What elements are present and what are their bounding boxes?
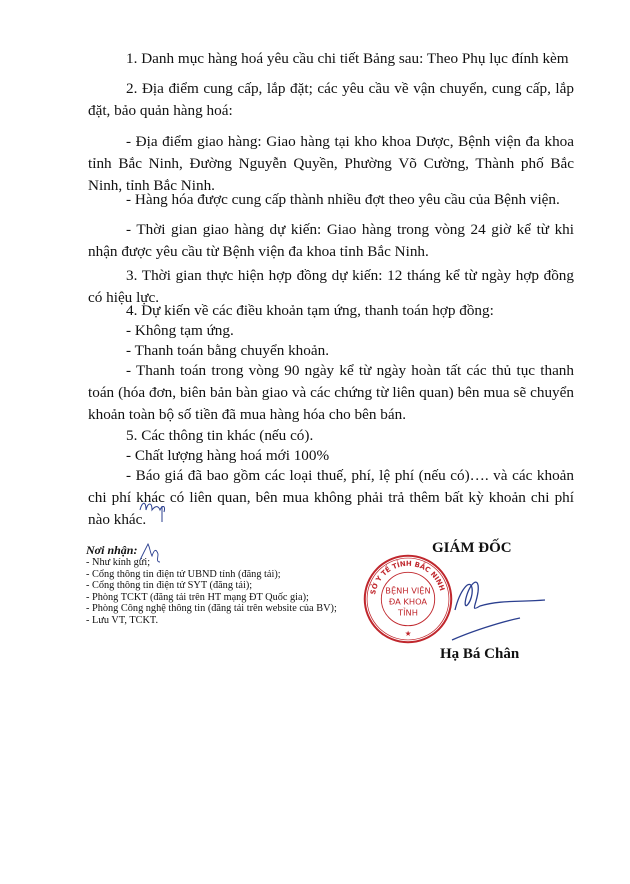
recipient-item: - Cổng thông tin điện tử SYT (đăng tải); (86, 580, 337, 592)
director-signature-icon (452, 582, 545, 640)
item-4-payment-terms: 4. Dự kiến về các điều khoản tạm ứng, th… (88, 300, 574, 322)
item-5-other-info: 5. Các thông tin khác (nếu có). (88, 425, 574, 447)
recipient-item: - Phòng TCKT (đăng tải trên HT mạng ĐT Q… (86, 592, 337, 604)
recipient-item: - Cổng thông tin điện tử UBND tỉnh (đăng… (86, 569, 337, 581)
recipients-title: Nơi nhận: (86, 543, 337, 557)
bank-transfer: - Thanh toán bằng chuyển khoản. (88, 340, 574, 362)
item-2-delivery-location: 2. Địa điểm cung cấp, lắp đặt; các yêu c… (88, 78, 574, 122)
hospital-stamp-icon: SỞ Y TẾ TỈNH BẮC NINH BỆNH VIỆN ĐA KHOA … (362, 553, 454, 645)
recipient-item: - Phòng Công nghệ thông tin (đăng tải tr… (86, 603, 337, 615)
delivery-time: - Thời gian giao hàng dự kiến: Giao hàng… (88, 219, 574, 263)
delivery-address: - Địa điểm giao hàng: Giao hàng tại kho … (88, 131, 574, 197)
signer-name: Hạ Bá Chân (440, 646, 519, 663)
recipient-item: - Như kính gửi; (86, 557, 337, 569)
price-includes-taxes: - Báo giá đã bao gồm các loại thuế, phí,… (88, 465, 574, 531)
no-advance: - Không tạm ứng. (88, 320, 574, 342)
quality-new: - Chất lượng hàng hoá mới 100% (88, 445, 574, 467)
delivery-batches: - Hàng hóa được cung cấp thành nhiều đợt… (88, 189, 574, 211)
svg-text:★: ★ (405, 629, 412, 638)
svg-text:ĐA KHOA: ĐA KHOA (389, 597, 428, 607)
svg-text:TỈNH: TỈNH (397, 607, 418, 618)
payment-within-90-days: - Thanh toán trong vòng 90 ngày kể từ ng… (88, 360, 574, 426)
item-1-product-list: 1. Danh mục hàng hoá yêu cầu chi tiết Bả… (88, 48, 574, 70)
document-page: 1. Danh mục hàng hoá yêu cầu chi tiết Bả… (0, 0, 630, 884)
recipients-block: Nơi nhận: - Như kính gửi; - Cổng thông t… (86, 543, 337, 627)
svg-text:BỆNH VIỆN: BỆNH VIỆN (385, 584, 430, 596)
recipient-item: - Lưu VT, TCKT. (86, 615, 337, 627)
